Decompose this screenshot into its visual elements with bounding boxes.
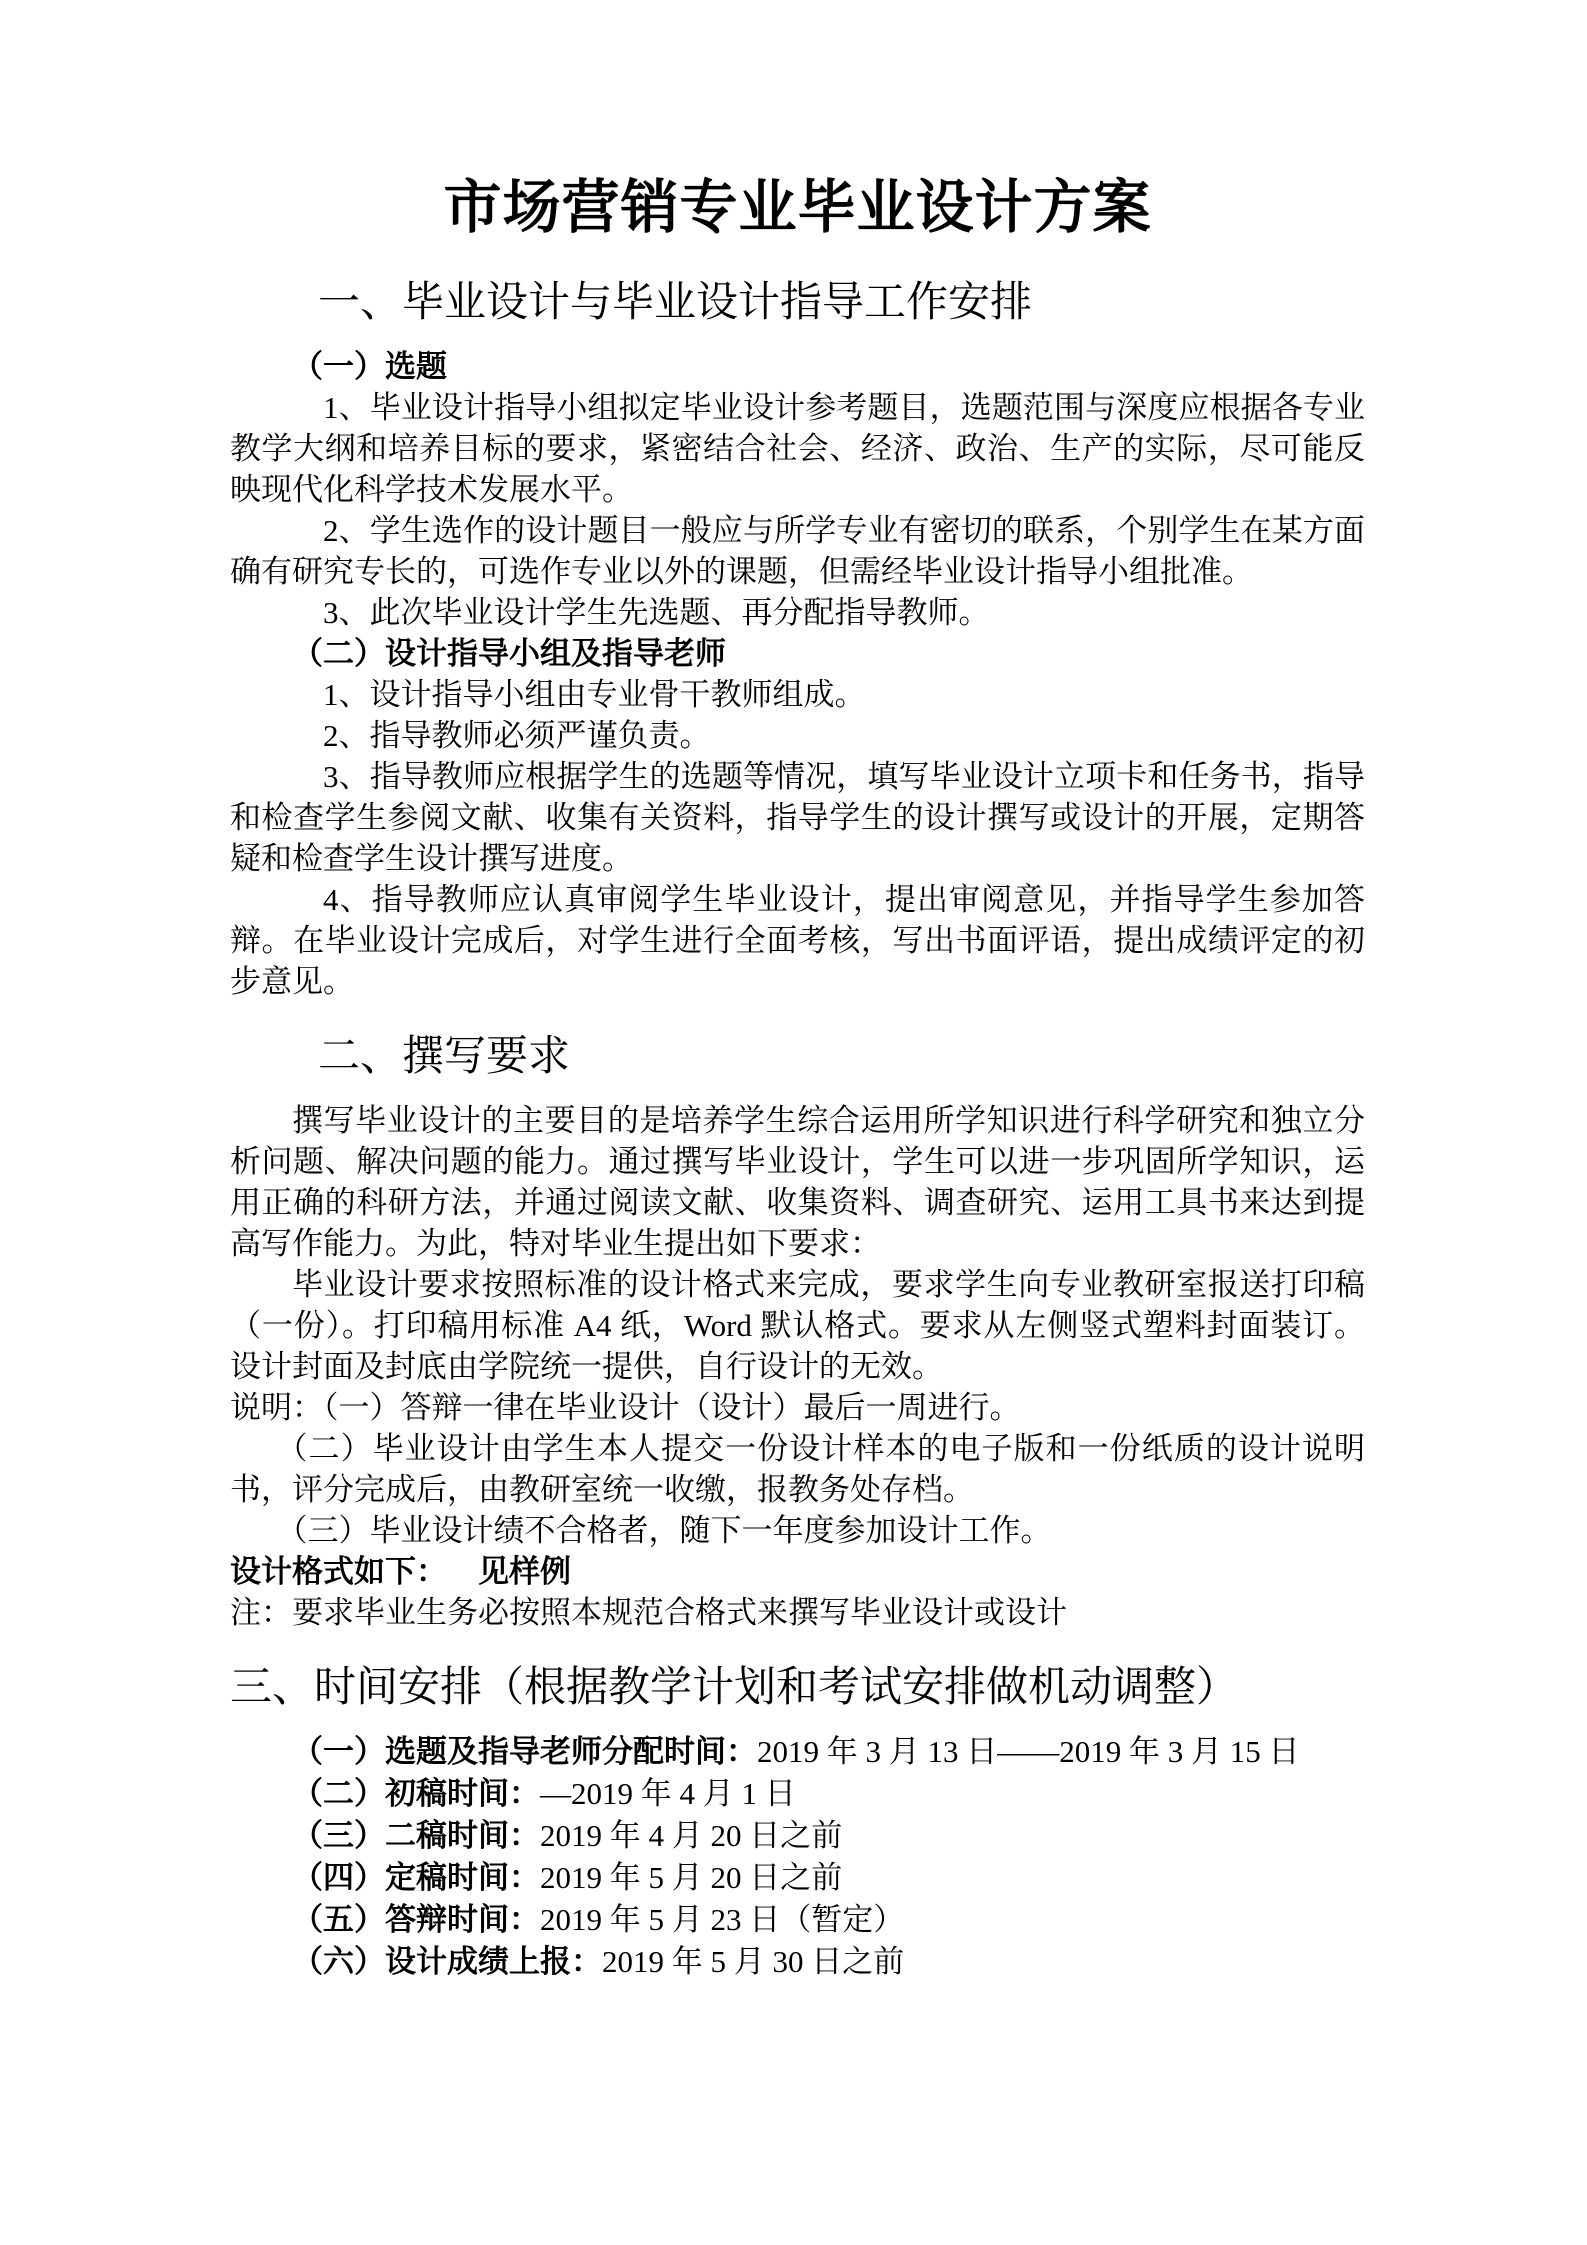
format-value: 见样例 xyxy=(478,1554,571,1589)
document-page: 市场营销专业毕业设计方案 一、毕业设计与毕业设计指导工作安排 （一）选题 1、毕… xyxy=(0,0,1587,2245)
format-label: 设计格式如下： xyxy=(230,1554,447,1589)
schedule-item-6-label: （六）设计成绩上报： xyxy=(292,1944,602,1979)
schedule-item-6-value: 2019 年 5 月 30 日之前 xyxy=(602,1944,904,1979)
schedule-item-1: （一）选题及指导老师分配时间：2019 年 3 月 13 日——2019 年 3… xyxy=(230,1731,1365,1773)
section2-heading: 二、撰写要求 xyxy=(230,1028,1365,1086)
schedule-item-2: （二）初稿时间：—2019 年 4 月 1 日 xyxy=(230,1773,1365,1815)
schedule-item-2-label: （二）初稿时间： xyxy=(292,1776,540,1811)
section1-sub2-para-1: 1、设计指导小组由专业骨干教师组成。 xyxy=(230,674,1365,715)
section1-sub2-para-3: 3、指导教师应根据学生的选题等情况，填写毕业设计立项卡和任务书，指导和检查学生参… xyxy=(230,756,1365,879)
schedule-item-6: （六）设计成绩上报：2019 年 5 月 30 日之前 xyxy=(230,1941,1365,1983)
schedule-item-5: （五）答辩时间：2019 年 5 月 23 日（暂定） xyxy=(230,1899,1365,1941)
schedule-item-2-value: —2019 年 4 月 1 日 xyxy=(540,1776,796,1811)
schedule-item-4: （四）定稿时间：2019 年 5 月 20 日之前 xyxy=(230,1857,1365,1899)
section1-sub1-para-3: 3、此次毕业设计学生先选题、再分配指导教师。 xyxy=(230,592,1365,633)
schedule-item-1-label: （一）选题及指导老师分配时间： xyxy=(292,1734,757,1769)
schedule-item-1-value: 2019 年 3 月 13 日——2019 年 3 月 15 日 xyxy=(757,1734,1300,1769)
notes-line-3: （三）毕业设计绩不合格者，随下一年度参加设计工作。 xyxy=(230,1510,1365,1551)
schedule-item-5-value: 2019 年 5 月 23 日（暂定） xyxy=(540,1902,904,1937)
schedule-item-4-value: 2019 年 5 月 20 日之前 xyxy=(540,1860,842,1895)
section2-para-1: 撰写毕业设计的主要目的是培养学生综合运用所学知识进行科学研究和独立分析问题、解决… xyxy=(230,1100,1365,1264)
section2-para-2: 毕业设计要求按照标准的设计格式来完成，要求学生向专业教研室报送打印稿（一份）。打… xyxy=(230,1264,1365,1387)
document-title: 市场营销专业毕业设计方案 xyxy=(230,168,1365,248)
section3-heading: 三、时间安排（根据教学计划和考试安排做机动调整） xyxy=(230,1659,1365,1717)
section1-sub1-heading: （一）选题 xyxy=(230,346,1365,387)
schedule-list: （一）选题及指导老师分配时间：2019 年 3 月 13 日——2019 年 3… xyxy=(230,1731,1365,1983)
section1-sub1-para-2: 2、学生选作的设计题目一般应与所学专业有密切的联系，个别学生在某方面确有研究专长… xyxy=(230,510,1365,592)
schedule-item-3-value: 2019 年 4 月 20 日之前 xyxy=(540,1818,842,1853)
section1-sub2-para-4: 4、指导教师应认真审阅学生毕业设计，提出审阅意见，并指导学生参加答辩。在毕业设计… xyxy=(230,879,1365,1002)
section1-heading: 一、毕业设计与毕业设计指导工作安排 xyxy=(230,274,1365,332)
schedule-item-3: （三）二稿时间：2019 年 4 月 20 日之前 xyxy=(230,1815,1365,1857)
schedule-item-5-label: （五）答辩时间： xyxy=(292,1902,540,1937)
section1-sub2-para-2: 2、指导教师必须严谨负责。 xyxy=(230,715,1365,756)
format-line: 设计格式如下：见样例 xyxy=(230,1551,1365,1592)
notes-line-1: 说明：（一）答辩一律在毕业设计（设计）最后一周进行。 xyxy=(230,1387,1365,1428)
notes-line-2: （二）毕业设计由学生本人提交一份设计样本的电子版和一份纸质的设计说明书，评分完成… xyxy=(230,1428,1365,1510)
note-line: 注：要求毕业生务必按照本规范合格式来撰写毕业设计或设计 xyxy=(230,1592,1365,1633)
document-content: 市场营销专业毕业设计方案 一、毕业设计与毕业设计指导工作安排 （一）选题 1、毕… xyxy=(230,168,1365,1983)
section1-sub2-heading: （二）设计指导小组及指导老师 xyxy=(230,633,1365,674)
section1-sub1-para-1: 1、毕业设计指导小组拟定毕业设计参考题目，选题范围与深度应根据各专业教学大纲和培… xyxy=(230,387,1365,510)
schedule-item-3-label: （三）二稿时间： xyxy=(292,1818,540,1853)
schedule-item-4-label: （四）定稿时间： xyxy=(292,1860,540,1895)
